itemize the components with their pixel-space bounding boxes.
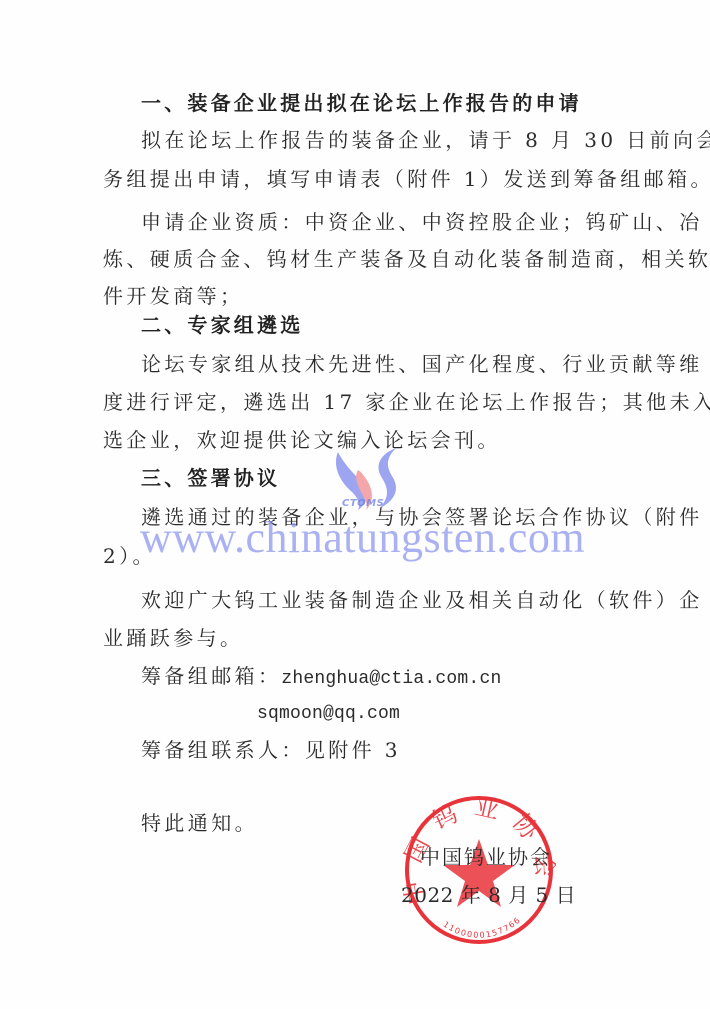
welcome-line-2: 业踊跃参与。 (103, 626, 243, 650)
email-primary: zhenghua@ctia.com.cn (281, 669, 501, 689)
signature-date: 2022 年 8 月 5 日 (401, 883, 576, 907)
watermark-logo-text: CTOMS (342, 498, 384, 509)
section-1-heading: 一、装备企业提出拟在论坛上作报告的申请 (141, 91, 582, 115)
official-seal-icon: 中国钨业协会 1100000157766 (402, 793, 556, 947)
section-2-heading: 二、专家组遴选 (141, 313, 303, 337)
watermark-url: www.chinatungsten.com (140, 512, 585, 563)
email-label: 筹备组邮箱： (141, 664, 281, 688)
contact-value: 见附件 3 (305, 738, 401, 762)
section-2-para-1-line-3: 选企业，欢迎提供论文编入论坛会刊。 (103, 428, 501, 452)
contact-row: 筹备组联系人：见附件 3 (141, 738, 401, 762)
section-1-para-1-line-1: 拟在论坛上作报告的装备企业，请于 8 月 30 日前向会 (141, 128, 710, 152)
notice-text: 特此通知。 (141, 811, 258, 835)
section-1-para-2-line-2: 炼、硬质合金、钨材生产装备及自动化装备制造商，相关软 (103, 247, 710, 271)
section-3-heading: 三、签署协议 (141, 466, 280, 490)
section-1-para-1-line-2: 务组提出申请，填写申请表（附件 1）发送到筹备组邮箱。 (103, 167, 710, 191)
email-secondary: sqmoon@qq.com (257, 702, 400, 726)
section-2-para-1-line-1: 论坛专家组从技术先进性、国产化程度、行业贡献等维 (141, 352, 703, 376)
contact-label: 筹备组联系人： (141, 738, 305, 762)
section-1-para-2-line-1: 申请企业资质：中资企业、中资控股企业；钨矿山、冶 (141, 210, 703, 234)
email-row: 筹备组邮箱：zhenghua@ctia.com.cn (141, 664, 501, 691)
section-1-para-2-line-3: 件开发商等； (103, 284, 243, 308)
signature-organization: 中国钨业协会 (420, 845, 552, 869)
document-page: 一、装备企业提出拟在论坛上作报告的申请 拟在论坛上作报告的装备企业，请于 8 月… (0, 0, 710, 1009)
section-2-para-1-line-2: 度进行评定，遴选出 17 家企业在论坛上作报告；其他未入 (103, 390, 710, 414)
welcome-line-1: 欢迎广大钨工业装备制造企业及相关自动化（软件）企 (141, 588, 703, 612)
